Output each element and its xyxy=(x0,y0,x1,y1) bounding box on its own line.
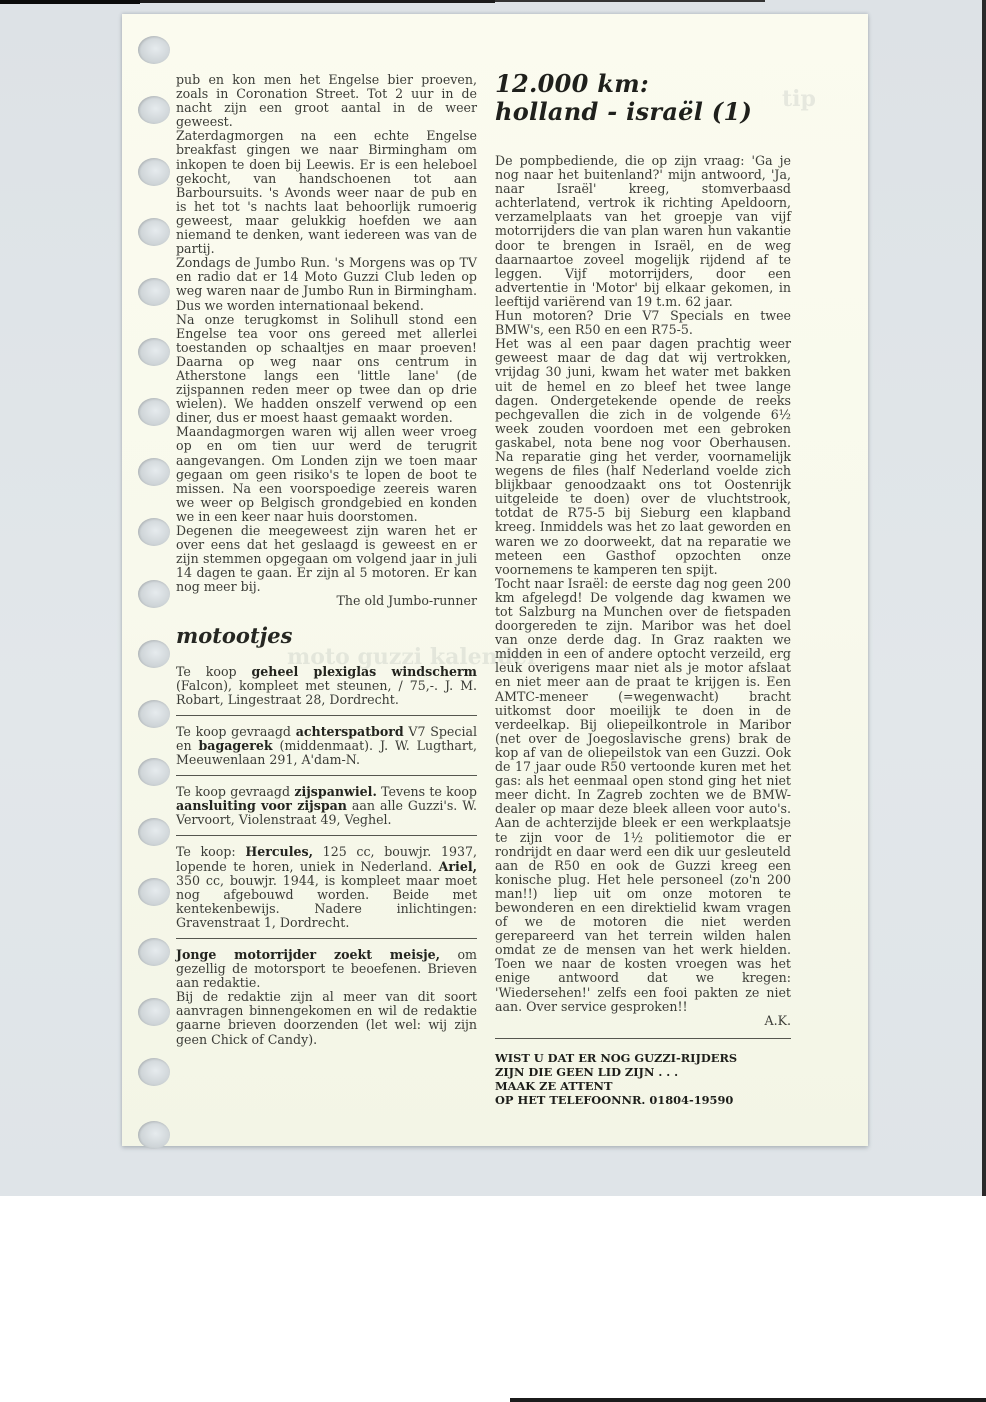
punch-hole-icon xyxy=(138,338,170,366)
classified-ad: Te koop gevraagd achterspatbord V7 Speci… xyxy=(176,725,477,767)
punch-hole-icon xyxy=(138,96,170,124)
classified-ad: Te koop gevraagd zijspanwiel. Tevens te … xyxy=(176,785,477,827)
punch-hole-icon xyxy=(138,1121,170,1149)
punch-hole-icon xyxy=(138,1058,170,1086)
article-title: 12.000 km: holland - israël (1) xyxy=(495,70,795,126)
punch-hole-icon xyxy=(138,998,170,1026)
punch-hole-icon xyxy=(138,398,170,426)
article-paragraph: pub en kon men het Engelse bier proeven,… xyxy=(176,73,477,129)
title-line: holland - israël (1) xyxy=(495,98,795,126)
notice-line: OP HET TELEFOONNR. 01804-19590 xyxy=(495,1093,791,1107)
punch-hole-icon xyxy=(138,700,170,728)
divider xyxy=(176,938,477,939)
punch-hole-icon xyxy=(138,938,170,966)
right-column: De pompbediende, die op zijn vraag: 'Ga … xyxy=(495,154,791,1107)
article-paragraph: De pompbediende, die op zijn vraag: 'Ga … xyxy=(495,154,791,309)
notice-line: WIST U DAT ER NOG GUZZI-RIJDERS xyxy=(495,1051,791,1065)
divider xyxy=(495,1038,791,1039)
article-paragraph: Na onze terugkomst in Solihull stond een… xyxy=(176,313,477,426)
author-signature: The old Jumbo-runner xyxy=(176,594,477,608)
scan-edge-right xyxy=(982,0,986,1196)
classified-ad: Te koop geheel plexiglas windscherm (Fal… xyxy=(176,665,477,707)
membership-notice: WIST U DAT ER NOG GUZZI-RIJDERS ZIJN DIE… xyxy=(495,1051,791,1107)
punch-hole-icon xyxy=(138,640,170,668)
classified-ad: Te koop: Hercules, 125 cc, bouwjr. 1937,… xyxy=(176,845,477,930)
magazine-page: tip moto guzzi kalender pub en kon men h… xyxy=(122,14,868,1146)
punch-hole-icon xyxy=(138,158,170,186)
punch-hole-icon xyxy=(138,878,170,906)
scan-edge-top xyxy=(495,0,765,2)
article-paragraph: Zaterdagmorgen na een echte Engelse brea… xyxy=(176,129,477,256)
article-paragraph: Degenen die meegeweest zijn waren het er… xyxy=(176,524,477,594)
punch-hole-icon xyxy=(138,36,170,64)
punch-hole-icon xyxy=(138,758,170,786)
classified-ad: Jonge motorrijder zoekt meisje, om gezel… xyxy=(176,948,477,990)
divider xyxy=(176,835,477,836)
punch-hole-icon xyxy=(138,518,170,546)
notice-line: ZIJN DIE GEEN LID ZIJN . . . xyxy=(495,1065,791,1079)
classifieds-heading: motootjes xyxy=(176,623,477,649)
scan-edge-top xyxy=(140,0,495,3)
notice-line: MAAK ZE ATTENT xyxy=(495,1079,791,1093)
title-line: 12.000 km: xyxy=(495,70,795,98)
article-paragraph: Tocht naar Israël: de eerste dag nog gee… xyxy=(495,577,791,1014)
editorial-note: Bij de redaktie zijn al meer van dit soo… xyxy=(176,990,477,1046)
article-paragraph: Hun motoren? Drie V7 Specials en twee BM… xyxy=(495,309,791,337)
article-paragraph: Het was al een paar dagen prachtig weer … xyxy=(495,337,791,577)
scan-edge-bottom xyxy=(510,1398,986,1402)
scan-edge-top xyxy=(0,0,140,4)
article-paragraph: Zondags de Jumbo Run. 's Morgens was op … xyxy=(176,256,477,312)
punch-hole-icon xyxy=(138,580,170,608)
divider xyxy=(176,775,477,776)
divider xyxy=(176,715,477,716)
punch-hole-icon xyxy=(138,818,170,846)
punch-hole-icon xyxy=(138,278,170,306)
article-paragraph: Maandagmorgen waren wij allen weer vroeg… xyxy=(176,425,477,524)
punch-hole-icon xyxy=(138,218,170,246)
left-column: pub en kon men het Engelse bier proeven,… xyxy=(176,73,477,1047)
punch-hole-icon xyxy=(138,458,170,486)
author-signature: A.K. xyxy=(495,1014,791,1028)
